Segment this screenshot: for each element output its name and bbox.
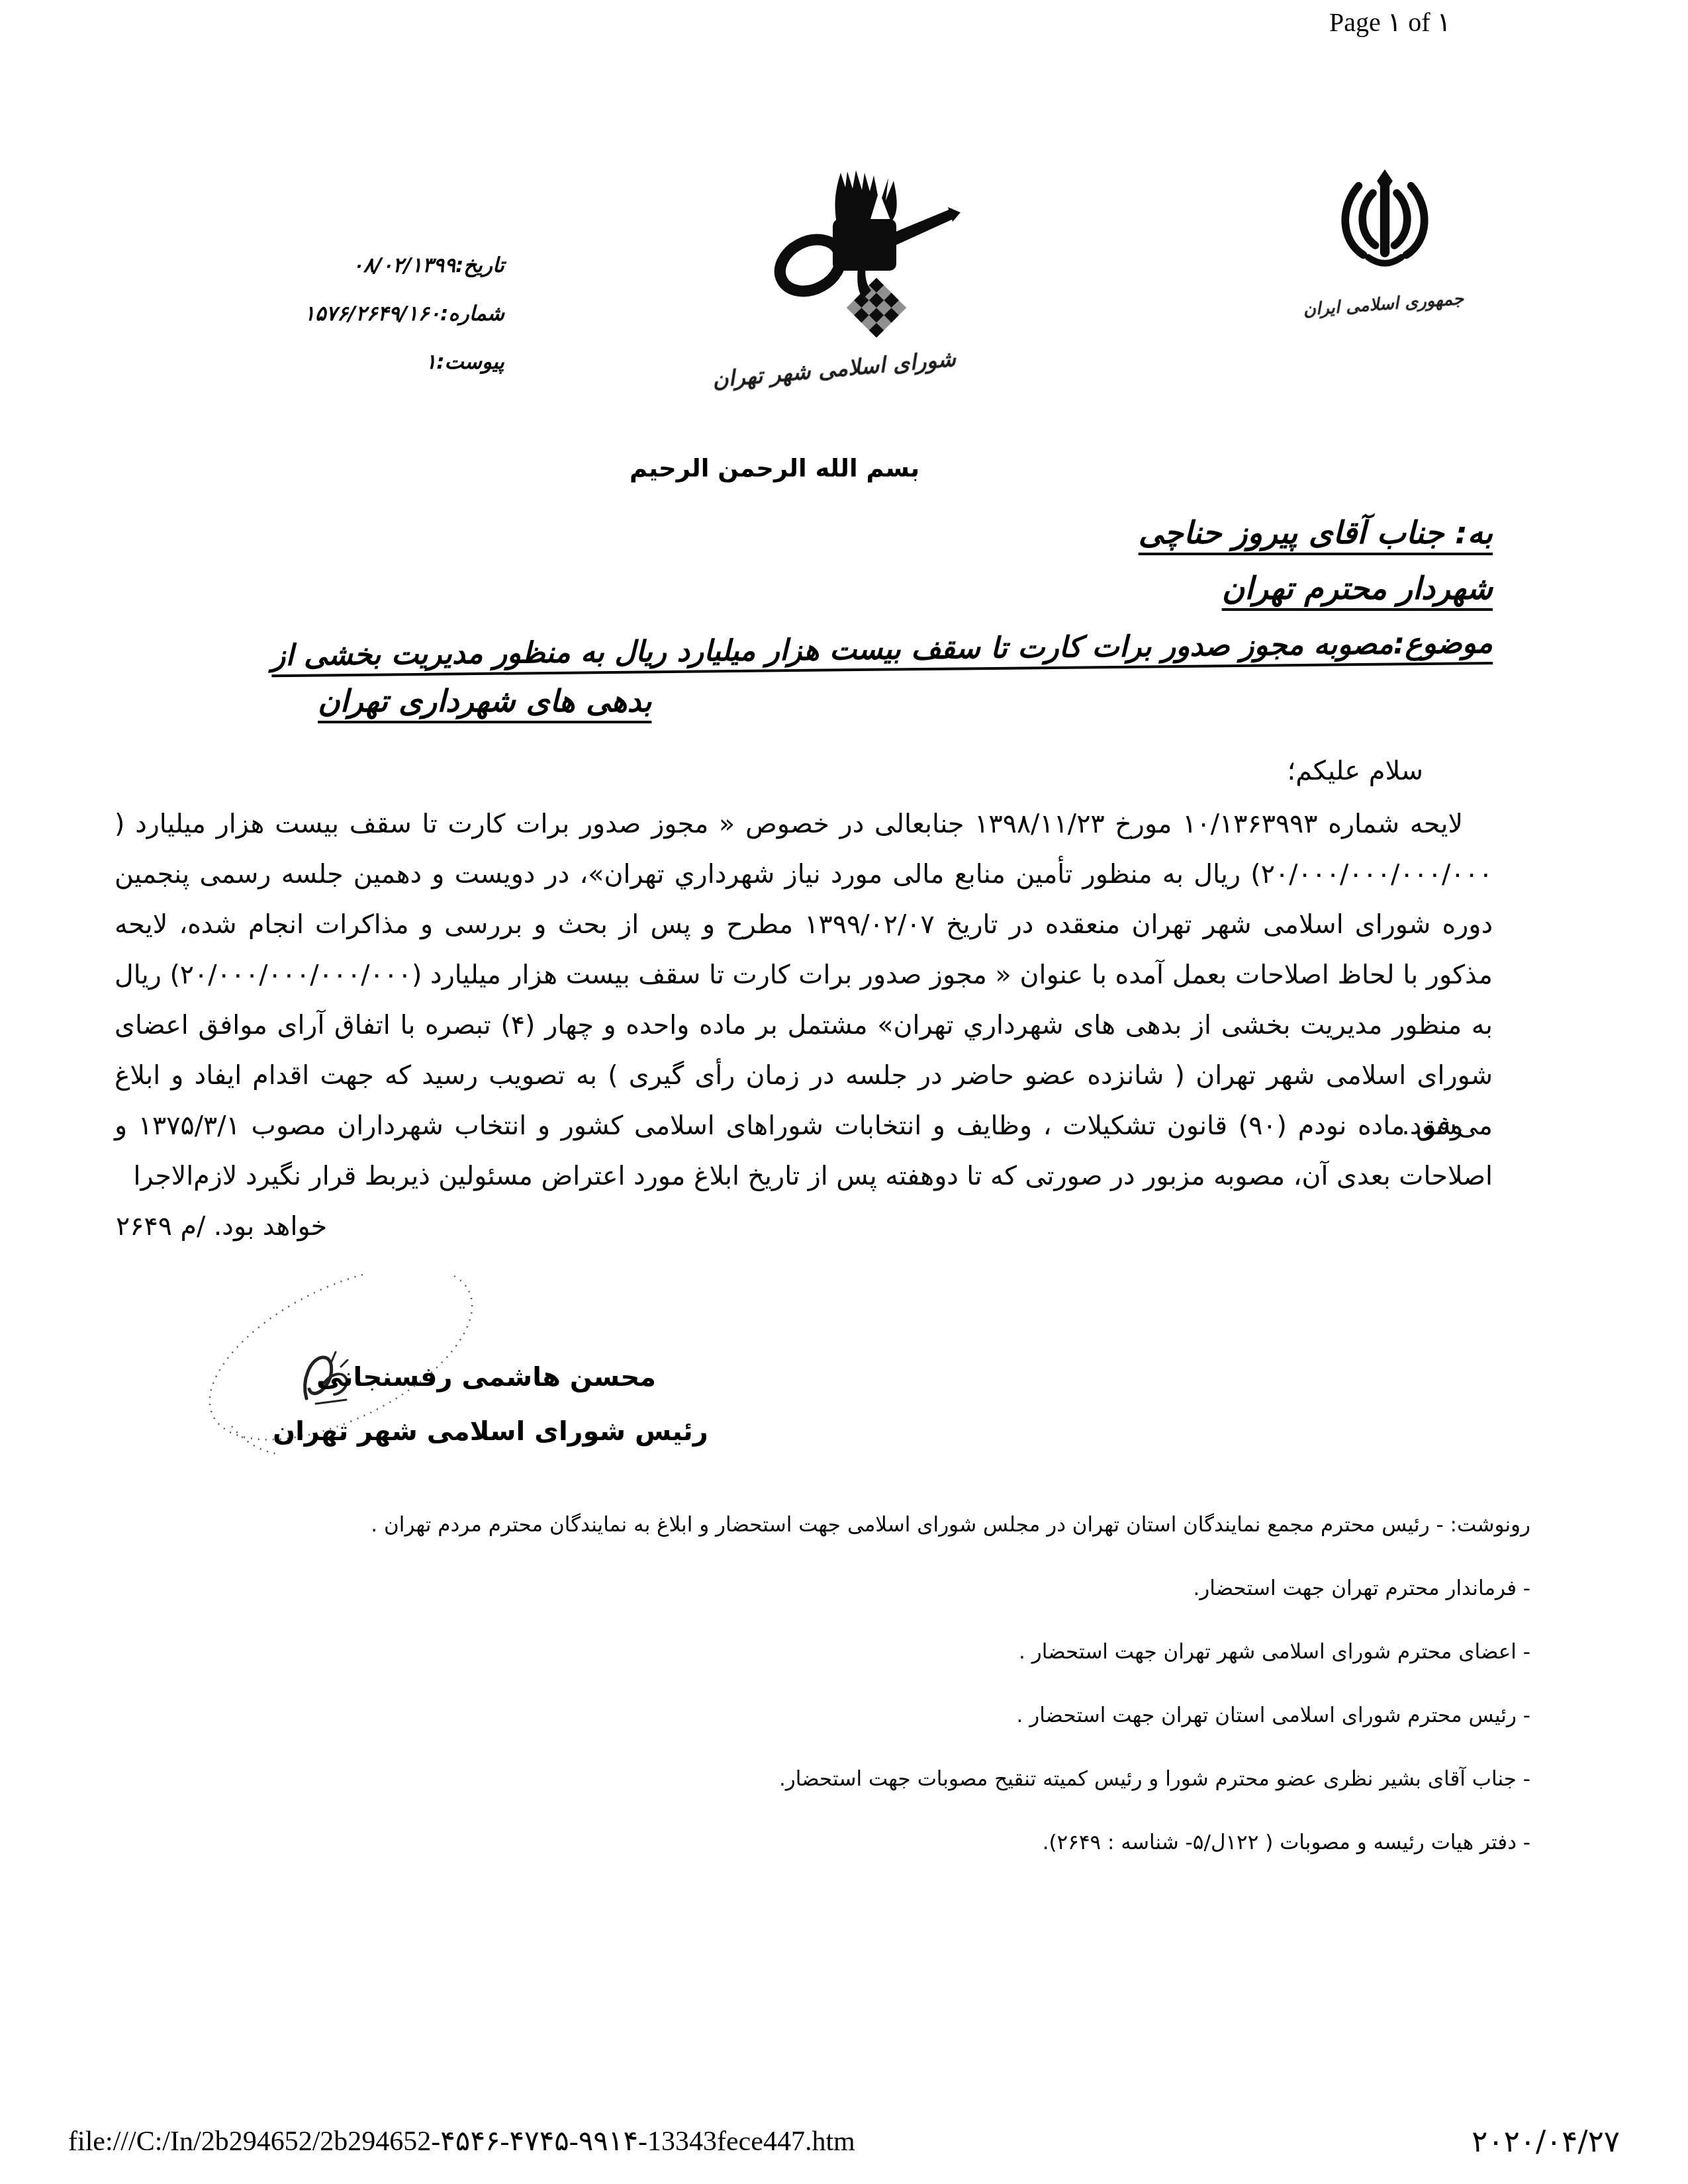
recipient-line: به: جناب آقای پیروز حناچی [1139,515,1493,551]
salutation: سلام علیکم؛ [1288,756,1423,786]
print-date: ۲۰۲۰/۰۴/۲۷ [1472,2124,1620,2159]
cc-line: رونوشت: - رئیس محترم مجمع نمایندگان استا… [199,1493,1530,1557]
iran-emblem-icon [1325,167,1444,286]
iran-emblem-caption: جمهوری اسلامی ایران [1284,288,1483,322]
body-paragraph-1: لایحه شماره ۱۰/۱۳۶۳۹۹۳ مورخ ۱۳۹۸/۱۱/۲۳ ج… [115,799,1493,1151]
recipient-title-line: شهردار محترم تهران [1222,570,1493,607]
cc-line: - دفتر هیات رئیسه و مصوبات ( ۱۲۲ل/۵- شنا… [199,1811,1530,1874]
file-path: file:///C:/In/2b294652/2b294652-۴۵۴۶-۴۷۴… [68,2124,855,2158]
cc-line: - جناب آقای بشیر نظری عضو محترم شورا و ر… [199,1747,1530,1811]
cc-block: رونوشت: - رئیس محترم مجمع نمایندگان استا… [199,1493,1530,1874]
signature-title: رئیس شورای اسلامی شهر تهران [273,1416,708,1447]
letter-date: تاریخ:۰۸/۰۲/۱۳۹۹ [250,253,504,277]
cc-line: - رئیس محترم شورای اسلامی استان تهران جه… [199,1684,1530,1747]
page-number: Page ۱ of ۱ [1329,7,1451,38]
body-paragraph-2: وفق ماده نودم (۹۰) قانون تشکیلات ، وظایف… [115,1101,1493,1201]
subject-line-1: موضوع:مصوبه مجوز صدور برات کارت تا سقف ب… [271,626,1493,672]
letter-attachment: پیوست:۱ [250,350,504,374]
besmellah-line: بسم الله الرحمن الرحیم [0,454,1549,482]
signature-name: محسن هاشمی رفسنجانی [316,1362,656,1392]
body-paragraph-2-last-line: خواهد بود. /م ۲۶۴۹ [116,1201,327,1251]
cc-line: - اعضای محترم شورای اسلامی شهر تهران جهت… [199,1620,1530,1684]
subject-line-2: بدهی های شهرداری تهران [318,683,651,719]
letterhead-reference-fields: تاریخ:۰۸/۰۲/۱۳۹۹ شماره:۱۵۷۶/۲۶۴۹/۱۶۰ پیو… [250,253,504,398]
cc-line: - فرماندار محترم تهران جهت استحضار. [199,1557,1530,1620]
scanned-letter-page: Page ۱ of ۱ تاریخ:۰۸/۰۲/۱۳۹۹ شماره:۱۵۷۶/… [0,0,1688,2184]
council-logo-icon [759,161,964,359]
letter-number: شماره:۱۵۷۶/۲۶۴۹/۱۶۰ [250,302,504,326]
